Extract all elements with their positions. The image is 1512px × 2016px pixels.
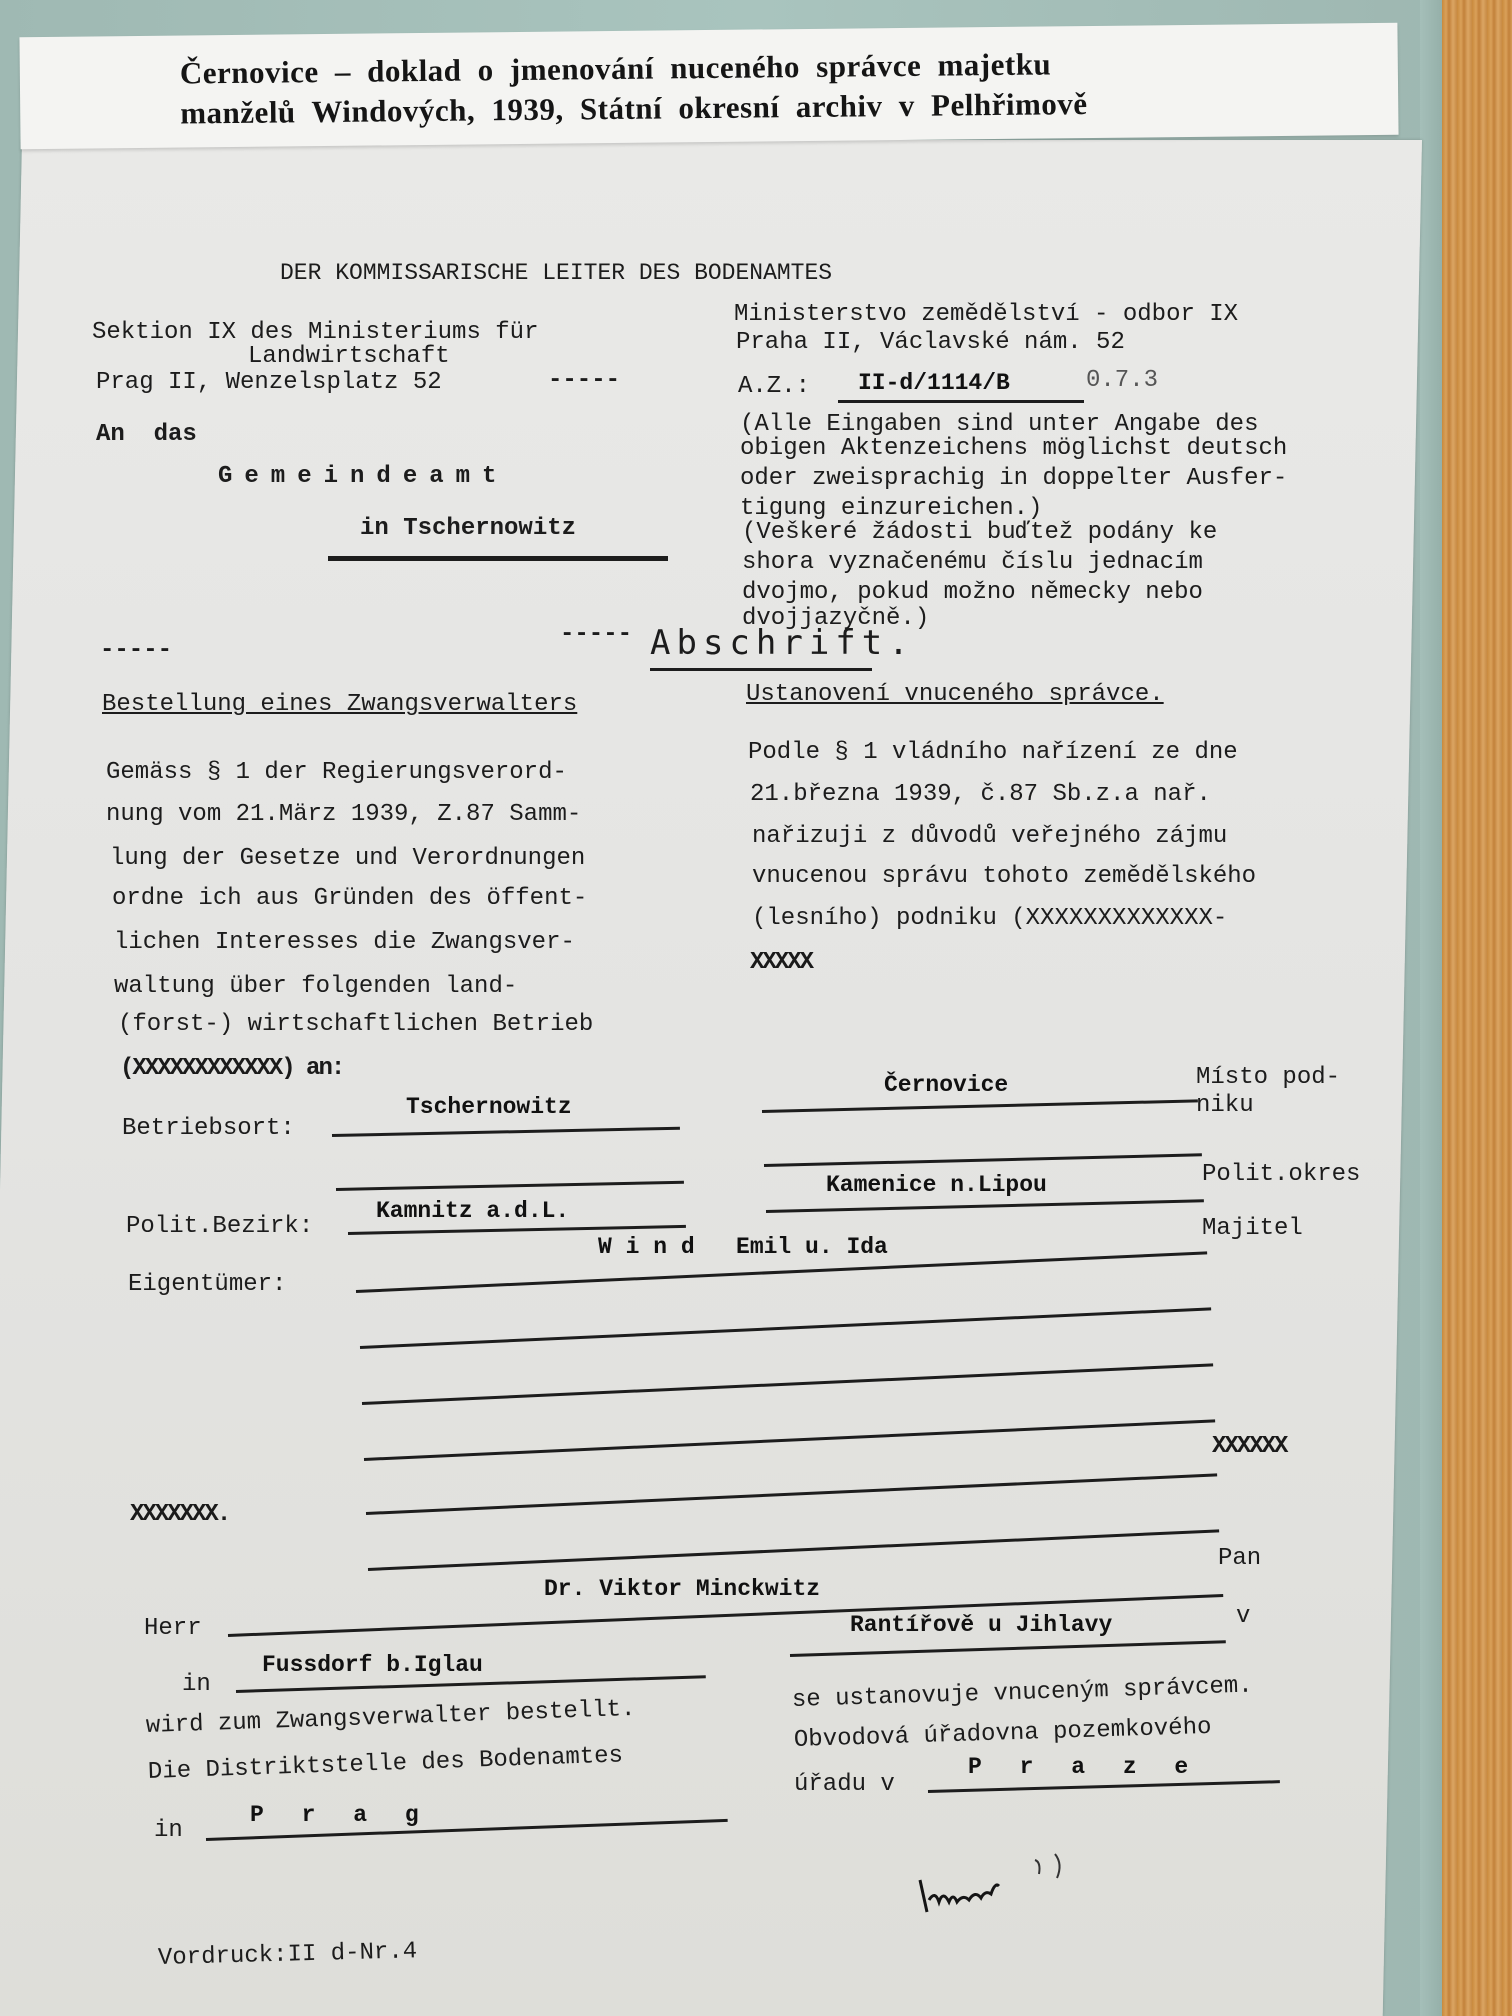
german-dept-line-3: Prag II, Wenzelsplatz 52 xyxy=(96,368,442,398)
redacted-left: XXXXXXX. xyxy=(130,1500,229,1530)
body-de-line: ordne ich aus Gründen des öffent- xyxy=(112,884,587,914)
blank-line xyxy=(336,1181,684,1191)
form-number: Vordruck:II d-Nr.4 xyxy=(158,1937,418,1974)
obvod-line xyxy=(928,1780,1280,1793)
herr-label: Herr xyxy=(144,1614,202,1644)
body-de-line: waltung über folgenden land- xyxy=(114,972,517,1002)
body-cz-line: (lesního) podniku (XXXXXXXXXXXXX- xyxy=(752,904,1227,934)
recipient-an-das: An das xyxy=(96,420,197,450)
instruction-cz-line: shora vyznačenému číslu jednacím xyxy=(742,548,1203,578)
czech-dept-line-1: Ministerstvo zemědělství - odbor IX xyxy=(734,300,1238,330)
eigentumer-line-5 xyxy=(366,1473,1217,1515)
body-cz-line-redacted: XXXXX xyxy=(750,948,812,978)
instruction-de-line: oder zweisprachig in doppelter Ausfer- xyxy=(740,464,1287,494)
body-de-line: nung vom 21.März 1939, Z.87 Samm- xyxy=(106,800,581,830)
eigentumer-line-6 xyxy=(368,1529,1219,1571)
eigentumer-line-3 xyxy=(362,1363,1213,1405)
german-residence-label: in xyxy=(182,1670,211,1700)
polit-okres-label: Polit.okres xyxy=(1202,1160,1360,1190)
herr-value: Dr. Viktor Minckwitz xyxy=(544,1574,820,1604)
body-de-line: lung der Gesetze und Verordnungen xyxy=(110,844,585,874)
eigentumer-label: Eigentümer: xyxy=(128,1270,286,1300)
body-de-line: lichen Interesses die Zwangsver- xyxy=(114,928,575,958)
distrikt-in-label: in xyxy=(154,1816,183,1846)
eigentumer-line-2 xyxy=(360,1307,1211,1349)
betriebsort-label: Betriebsort: xyxy=(122,1114,295,1144)
recipient-place: in Tschernowitz xyxy=(360,514,576,544)
misto-podniku-label: Místo pod- niku xyxy=(1196,1064,1340,1120)
heading-german: Bestellung eines Zwangsverwalters xyxy=(102,690,577,720)
eigentumer-line-4 xyxy=(364,1419,1215,1461)
czech-dept-line-2: Praha II, Václavské nám. 52 xyxy=(736,328,1125,358)
czech-residence-value: Rantířově u Jihlavy xyxy=(850,1610,1112,1640)
redacted-right: XXXXXX xyxy=(1212,1432,1286,1462)
instruction-de-line: obigen Aktenzeichens möglichst deutsch xyxy=(740,434,1287,464)
majitel-label: Majitel xyxy=(1202,1214,1303,1244)
polit-bezirk-value: Kamnitz a.d.L. xyxy=(376,1196,569,1226)
german-residence-value: Fussdorf b.Iglau xyxy=(262,1650,483,1680)
betriebsort-value: Tschernowitz xyxy=(406,1092,572,1122)
body-cz-line: vnucenou správu tohoto zemědělského xyxy=(752,862,1256,892)
separator-dashes-left: ----- xyxy=(100,636,172,666)
betriebsort-line xyxy=(332,1127,680,1137)
pan-label: Pan xyxy=(1218,1544,1261,1574)
letterhead-title: DER KOMMISSARISCHE LEITER DES BODENAMTES xyxy=(280,258,832,288)
reference-handwritten: 0.7.3 xyxy=(1086,366,1158,396)
eigentumer-value: W i n d Emil u. Ida xyxy=(598,1232,888,1262)
polit-bezirk-label: Polit.Bezirk: xyxy=(126,1212,313,1242)
typed-form: DER KOMMISSARISCHE LEITER DES BODENAMTES… xyxy=(0,0,1512,2016)
distrikt-in-value: P r a g xyxy=(250,1800,431,1830)
czech-residence-line xyxy=(790,1640,1226,1657)
closing-cz-line: se ustanovuje vnuceným správcem. xyxy=(792,1672,1254,1716)
closing-de-line: wird zum Zwangsverwalter bestellt. xyxy=(145,1695,635,1742)
reference-underline xyxy=(838,400,1084,403)
separator-dashes-mid: ----- xyxy=(560,620,632,650)
obvod-value: P r a z e xyxy=(968,1752,1200,1782)
body-cz-line: Podle § 1 vládního nařízení ze dne xyxy=(748,738,1238,768)
polit-okres-line xyxy=(766,1199,1204,1213)
body-de-line: Gemäss § 1 der Regierungsverord- xyxy=(106,758,567,788)
closing-cz-line: Obvodová úřadovna pozemkového xyxy=(794,1713,1212,1756)
recipient-underline xyxy=(328,556,668,561)
copy-stamp: Abschrift. xyxy=(650,628,915,658)
body-cz-line: 21.března 1939, č.87 Sb.z.a nař. xyxy=(750,780,1211,810)
heading-czech: Ustanovení vnuceného správce. xyxy=(746,680,1164,710)
misto-podniku-line xyxy=(762,1099,1198,1113)
copy-stamp-underline xyxy=(650,668,872,671)
german-dept-dashes: ----- xyxy=(548,366,620,396)
blank-line xyxy=(764,1153,1202,1167)
recipient-office: Gemeindeamt xyxy=(218,462,508,492)
misto-podniku-value: Černovice xyxy=(884,1070,1008,1100)
obvod-label: úřadu v xyxy=(794,1770,895,1800)
czech-residence-label: v xyxy=(1236,1602,1250,1632)
body-de-line-redacted: (XXXXXXXXXXXX) an: xyxy=(120,1054,343,1084)
reference-label: A.Z.: xyxy=(738,372,810,402)
body-cz-line: nařizuji z důvodů veřejného zájmu xyxy=(752,822,1227,852)
polit-okres-value: Kamenice n.Lipou xyxy=(826,1170,1047,1200)
body-de-line: (forst-) wirtschaftlichen Betrieb xyxy=(118,1010,593,1040)
instruction-cz-line: (Veškeré žádosti buďtež podány ke xyxy=(742,518,1217,548)
closing-de-line: Die Distriktstelle des Bodenamtes xyxy=(147,1741,623,1788)
signature-scribble xyxy=(915,1850,1125,1920)
reference-number: II-d/1114/B xyxy=(858,368,1010,398)
